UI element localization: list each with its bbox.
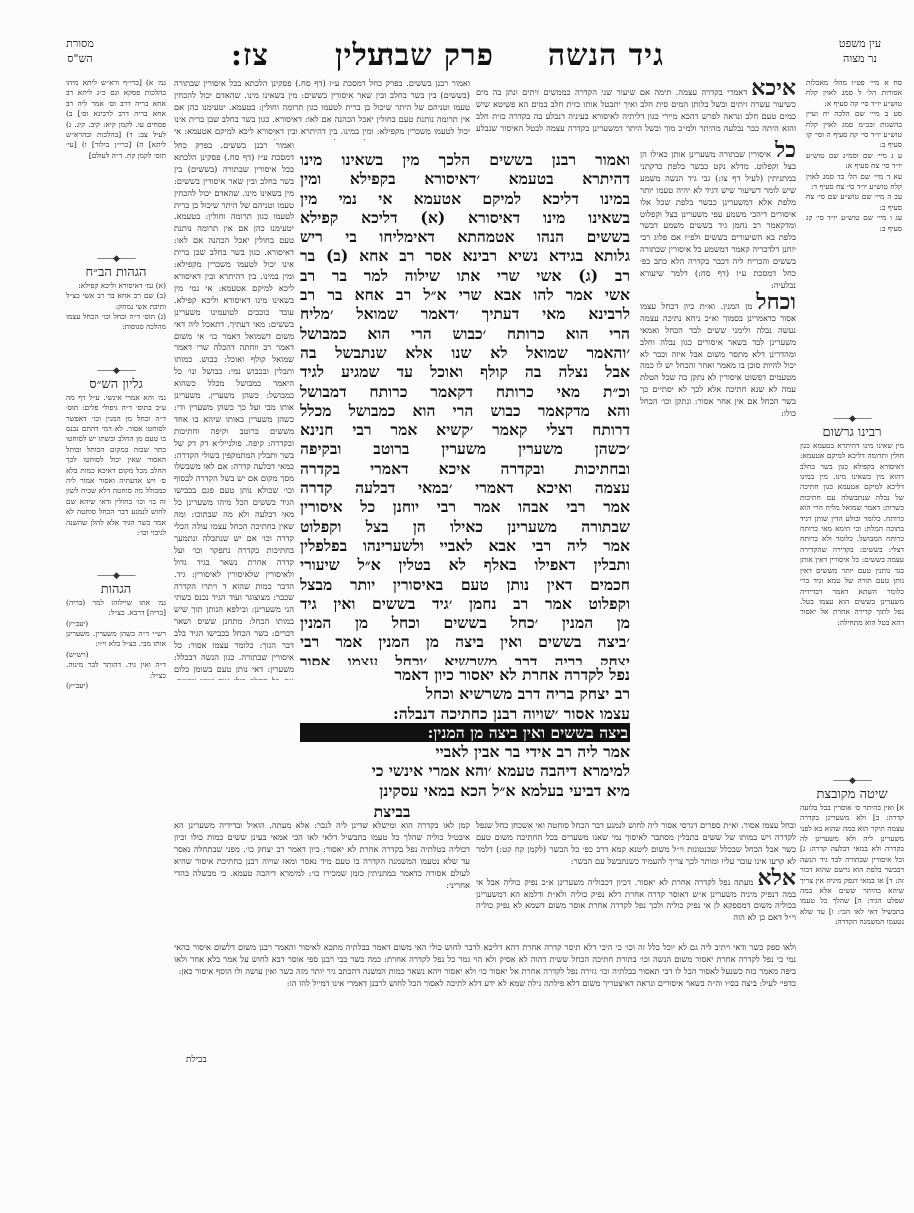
hagahot-item: (ב) שם רב אחא בר רב אשי כצ״ל ותיבת אשי נ… [66,291,166,312]
ornament-divider: ——◆—— [66,254,166,264]
ornament-divider: ——◆—— [800,776,904,786]
rashi-top: ואמור רבנן בששים. בפרק כחל דמסכת ע״ז (דף… [174,78,470,140]
gemara-line: בששים הנהו אטמהתא דאימליחו בי ריש [300,227,630,246]
masoret-label: מסורת [40,36,120,51]
gemara-line: דרותח דצלי קאמר ׳קשיא אמר רבי חנינא [300,420,630,439]
gemara-line: ואמור רבנן בששים הלכך מין בשאינו מינו [300,150,630,169]
hagahot-item: ד״ה ואין גיד. דהותר לבר מינוה. כצ״ל: [66,660,166,681]
gemara-line: גלותא בגידא נשיא רבינא אסר רב אחא (ב) בר [300,246,630,265]
tosafot-bottom-text: ובחל עצמו אסור. וא״ת ספרים דגרסי אסור לי… [476,820,796,868]
gemara-line: ותבלין דאפילו באלף לא בטלין א״ל שיעורי [300,555,630,574]
hagahot-section: ——◆—— הגהות גמ׳ אתו שיילוהו למר (בריה) [… [66,565,166,725]
gemara-line: למימרא דיהבה טעמא ׳והא אמרי אינשי כי [300,761,630,780]
hashas-label: הש"ס [40,51,120,66]
gemara-line: ובחתיכות ובקדרה איכא דאמרי בקדרה [300,459,630,478]
gemara-line: מיא דביעי בעלמא א״ל הכא במאי עסקינן [300,781,630,800]
masoret-text: גמ׳ א) [כרי״ף ורא״ש ליתא מיהו בהלכות פסק… [66,78,166,161]
gemara-line: אשי אמר להו אבא שרי א״ל רב אחא בר רב [300,285,630,304]
gemara-text-block: ואמור רבנן בששים הלכך מין בשאינו מינו דה… [300,150,630,690]
hagahot-item: גמ׳ אתו שיילוהו למר (בריה) [בריה] דרבא. … [66,598,166,619]
gemara-line: הרי הוא כרותח ׳כבוש הרי הוא כמבושל [300,324,630,343]
hagahot-item: (א) גמ׳ דאיסורא וליכא קפילא: [66,281,166,291]
gemara-line: רב (ג) אשי שרי אתו שילוה למר בר רב [300,266,630,285]
ein-mishpat-entry: עג ו מיי׳ שם טוש״ע יו״ד סי׳ קג סעיף ב: [806,213,902,234]
hagahot-source: (יעב״ץ) [66,681,166,691]
gemara-line: והא מדקאמר כבוש הרי הוא כמבושל מכלל [300,401,630,420]
rabbeinu-gershom-column: ——◆—— רבינו גרשום מין שאינו מינו דהיתרא … [800,408,904,768]
hagahot-item: (ג) תוס׳ ד״ה וכחל וכו׳ הכחל עצמו מהלכה ס… [66,312,166,333]
ein-mishpat-entry: ע ג מיי׳ שם וסמ״ג שם טוש״ע יו״ד סי׳ צח ס… [806,151,902,172]
gemara-line: ׳ביצה בששים ואין ביצה מן המנין אמר רבי [300,632,630,651]
gilyon-hashas-text: גמ׳ והא אמרי אינשי. ע״ל דף מה ע״ב בתוס׳ … [66,393,166,539]
tosafot-bottom: ובחל עצמו אסור. וא״ת ספרים דגרסי אסור לי… [476,820,796,940]
masoret-hashas-column: גמ׳ א) [כרי״ף ורא״ש ליתא מיהו בהלכות פסק… [66,78,166,250]
gemara-line: מן המנין ׳כחל בששים וכחל מן המנין [300,613,630,632]
rabbeinu-gershom-text: מין שאינו מינו דהיתרא בטעמא כגון חולין ו… [800,441,904,628]
tosafot-dibur-lead: אלא [757,865,796,891]
ornament-divider: ——◆—— [66,366,166,376]
gemara-line: דהיתרא בטעמא ׳דאיסורא בקפילא ומין [300,169,630,188]
gemara-end-block: נפל לקדרה אחרת לא יאסור כיון דאמר רב יצח… [300,665,630,805]
shita-mekubetzet-column: ——◆—— שיטה מקובצת א] ואין בהיתר ס׳ אוסרי… [800,770,904,1010]
tosafot-footer-text: ולאו ספק כשר ודאי ויתיב ליה גם לא יוכל כ… [174,942,796,978]
hagahot-title: הגהות [66,585,166,595]
mishnah-quote-bar: ביצה בששים ואין ביצה מן המנין: [300,723,630,742]
ornament-divider: ——◆—— [66,571,166,581]
rashi-text: ואמור רבנן בששים. בפרק כחל דמסכת ע״ז (דף… [174,78,470,140]
tosafot-footer-text: כדפי׳ לעיל: ביצה בס״ו וה״ה בשאר איסורים … [174,978,796,990]
rabbeinu-gershom-title: רבינו גרשום [800,428,904,438]
hagahot-source: (יעב״ץ) [66,619,166,629]
tosafot-dibur-lead: כל [775,140,796,163]
gemara-line: אמר ליה רב אידי בר אבין לאביי [300,742,630,761]
tosafot-text: מעתה נפל לקדרה אחרת לא יאסור. דכיון דכבו… [476,877,796,923]
catchword: בבילת [186,1054,207,1065]
gemara-line: בשאינו מינו דאיסורא (א) דליכא קפילא [300,208,630,227]
ein-mishpat-entry: סח א מיי׳ פט״ו מהל׳ מאכלות אסורות הל׳ ל … [806,78,902,109]
tosafot-footer: ולאו ספק כשר ודאי ויתיב ליה גם לא יוכל כ… [174,942,796,1050]
talmud-page: עין משפט נר מצוה צז: גיד הנשה פרק שביעי … [0,0,914,1213]
tosafot-top: איכאדאמרי בקדרה עצמה. תימה אם שיעור שני … [476,78,796,138]
tosafot-text: איסורין שבתורה משערינן אותן כאילו הן בצל… [640,149,796,290]
ein-mishpat-column: סח א מיי׳ פט״ו מהל׳ מאכלות אסורות הל׳ ל … [806,78,902,408]
gemara-line: חכמים דאין נותן טעם באיסורין יותר מבצל [300,575,630,594]
hagahot-source: (רש״ש) [66,650,166,660]
tosafot-column: כלאיסורין שבתורה משערינן אותן כאילו הן ב… [640,140,796,695]
rashi-bottom-text: קמן לאו בקדרה הוא ומישלא שדינן ליה לגבר:… [174,820,470,891]
gemara-line: שבתורה משערינן כאילו הן בצל וקפלוט [300,517,630,536]
tosafot-opening-word: איכא [751,78,796,101]
ein-mishpat-label: עין משפט [820,36,900,51]
rashi-text: ואמור רבנן בששים. בפרק כחל דמסכת ע״ז (דף… [174,140,294,680]
gemara-line: אבל נצלה בה קולף ואוכל עד שמגיע לגיד [300,362,630,381]
ein-mishpat-entry: עב ה מיי׳ שם טוש״ע שם סי׳ צח סעיף ב: [806,192,902,213]
tosafot-dibur-lead: וכחל [756,289,796,315]
tosafot-text: דאמרי בקדרה עצמה. תימה אם שיעור שני הקדר… [476,87,796,138]
shita-mekubetzet-title: שיטה מקובצת [800,790,904,800]
gemara-line: ׳כשהן משערין משערין ברוטב ובקיפה [300,439,630,458]
rashi-bottom: קמן לאו בקדרה הוא ומישלא שדינן ליה לגבר:… [174,820,470,940]
gemara-line: במינו דליכא למיקם אטעמא אי נמי מין [300,189,630,208]
shita-mekubetzet-text: א] ואין בהיתר ס׳ אוסרין בבל בלועה קדרה: … [800,803,904,928]
gemara-line: ׳והאמר שמואל לא שנו אלא שנתבשל בה [300,343,630,362]
hagahot-habach-title: הגהות הב״ח [66,268,166,278]
gemara-line: וקפלוט אמר רב נחמן ׳גיד בששים ואין גיד [300,594,630,613]
ornament-divider: ——◆—— [800,414,904,424]
hagahot-habach-section: ——◆—— הגהות הב״ח (א) גמ׳ דאיסורא וליכא ק… [66,248,166,358]
gemara-line: אמר רבי אבהו אמר רבי יוחנן כל איסורין [300,497,630,516]
ner-mitzvah-label: נר מצוה [820,51,900,66]
gemara-line: לרבינא מאי דעתיך ׳דאמר שמואל ׳מליח [300,304,630,323]
ein-mishpat-entry: סט ב מיי׳ שם הלכה יח ועיין בהשגות ובכ״מ … [806,109,902,151]
hagahot-item: רש״י ד״ה כשהן משערין. משערינן אותו מבי. … [66,629,166,650]
gemara-line: וכ״ת מאי כרותח דקאמר כרותח דמבושל [300,382,630,401]
gilyon-hashas-title: גליון הש״ס [66,380,166,390]
tosafot-text: מן המנין. וא״ת כיון דכחל עצמו אסור כדאמר… [640,301,796,418]
gemara-line: עצמו אסור ׳שויוה רבנן כחתיכה דנבלה: [300,704,630,723]
gemara-line: נפל לקדרה אחרת לא יאסור כיון דאמר [300,665,630,684]
gilyon-hashas-section: ——◆—— גליון הש״ס גמ׳ והא אמרי אינשי. ע״ל… [66,360,166,560]
rashi-column: ואמור רבנן בששים. בפרק כחל דמסכת ע״ז (דף… [174,140,294,680]
ein-mishpat-entry: עא ד מיי׳ שם הל׳ כד סמג לאוין קלח טוש״ע … [806,172,902,193]
gemara-line: רב יצחק בריה דרב משרשיא וכחל [300,684,630,703]
gemara-line: עצמה ואיכא דאמרי ׳במאי דבלעה קדרה [300,478,630,497]
gemara-line: אמר ליה רבי אבא לאביי ולשערינהו בפלפלין [300,536,630,555]
